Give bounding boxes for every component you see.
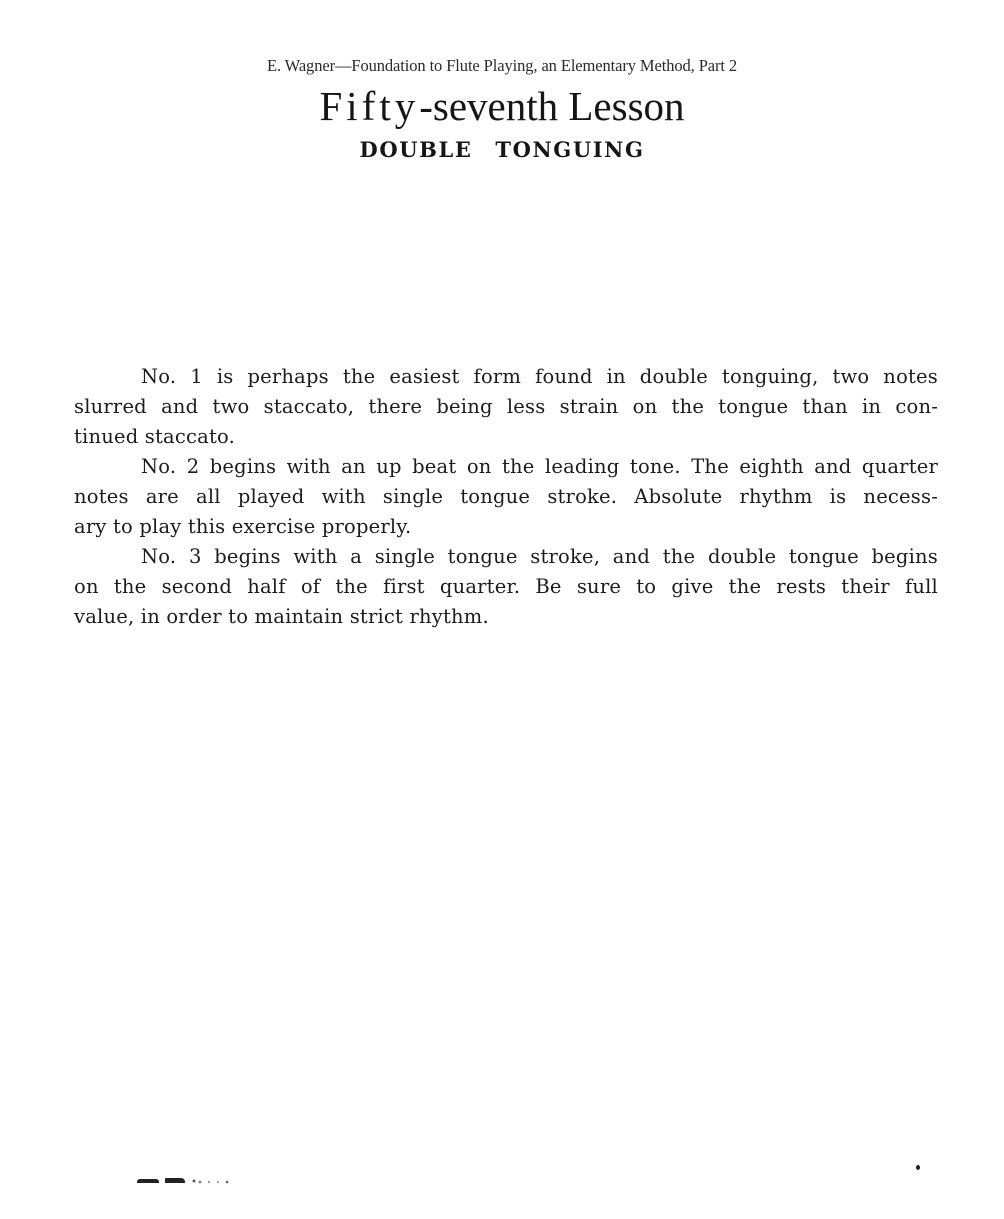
lesson-title: Fifty-seventh Lesson bbox=[0, 82, 1004, 130]
lesson-title-word-2: -seventh bbox=[419, 83, 558, 129]
paragraph-1-line-1: No. 1 is perhaps the easiest form found … bbox=[141, 362, 938, 392]
paragraph-1-line-3: tinued staccato. bbox=[74, 422, 235, 452]
paragraph-3-line-3: value, in order to maintain strict rhyth… bbox=[74, 602, 489, 632]
scan-artifact-dot bbox=[916, 1165, 920, 1170]
document-page: E. Wagner—Foundation to Flute Playing, a… bbox=[0, 0, 1004, 1219]
paragraph-2-line-2: notes are all played with single tongue … bbox=[74, 482, 938, 512]
scan-artifact-marks bbox=[135, 1175, 245, 1185]
paragraph-1-line-2: slurred and two staccato, there being le… bbox=[74, 392, 938, 422]
paragraph-3-line-2: on the second half of the first quarter.… bbox=[74, 572, 938, 602]
artifact-dash-2 bbox=[165, 1178, 185, 1183]
running-header: E. Wagner—Foundation to Flute Playing, a… bbox=[0, 56, 1004, 76]
paragraph-2-line-1: No. 2 begins with an up beat on the lead… bbox=[141, 452, 938, 482]
paragraph-2-line-3: ary to play this exercise properly. bbox=[74, 512, 411, 542]
lesson-title-word-3: Lesson bbox=[568, 83, 684, 129]
artifact-specks bbox=[191, 1176, 231, 1184]
lesson-title-word-1: Fifty bbox=[319, 83, 419, 129]
paragraph-3-line-1: No. 3 begins with a single tongue stroke… bbox=[141, 542, 938, 572]
lesson-subtitle: DOUBLE TONGUING bbox=[0, 137, 1004, 162]
artifact-dash-1 bbox=[137, 1179, 159, 1183]
